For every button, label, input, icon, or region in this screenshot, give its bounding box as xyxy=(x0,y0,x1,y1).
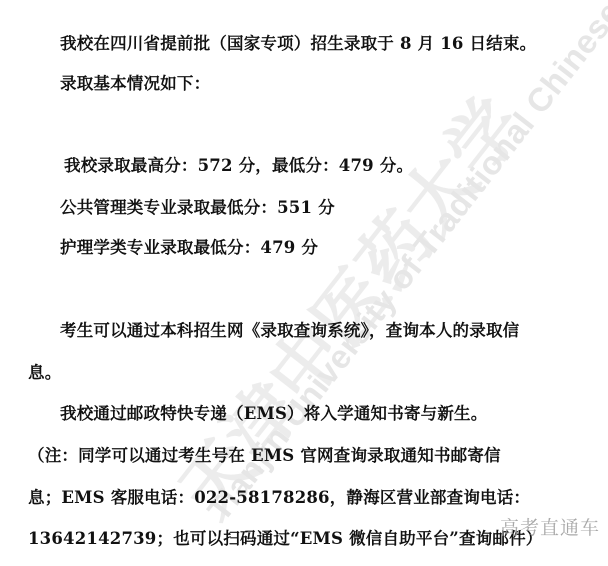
ems-line: 我校通过邮政特快专递（EMS）将入学通知书寄与新生。 xyxy=(60,403,487,425)
score-public-management: 公共管理类专业录取最低分：551 分 xyxy=(60,197,335,219)
note-line-1: （注：同学可以通过考生号在 EMS 官网查询录取通知书邮寄信 xyxy=(28,445,501,467)
intro-line-2: 录取基本情况如下： xyxy=(60,73,210,95)
query-line-1: 考生可以通过本科招生网《录取查询系统》，查询本人的录取信 xyxy=(60,320,519,342)
source-watermark-tag: 高考直通车 xyxy=(500,513,600,540)
note-line-3: 13642142739；也可以扫码通过“EMS 微信自助平台”查询邮件） xyxy=(28,528,542,550)
query-line-2: 息。 xyxy=(28,362,61,384)
document-body: 我校在四川省提前批（国家专项）招生录取于 8 月 16 日结束。 录取基本情况如… xyxy=(0,0,608,566)
score-nursing: 护理学类专业录取最低分：479 分 xyxy=(60,237,318,259)
document-page: 天津中医药大学 Tianjin University of Traditiona… xyxy=(0,0,608,566)
intro-line-1: 我校在四川省提前批（国家专项）招生录取于 8 月 16 日结束。 xyxy=(60,33,536,55)
note-line-2: 息；EMS 客服电话：022-58178286，静海区营业部查询电话： xyxy=(28,487,530,509)
score-overall: 我校录取最高分：572 分，最低分：479 分。 xyxy=(64,155,413,177)
